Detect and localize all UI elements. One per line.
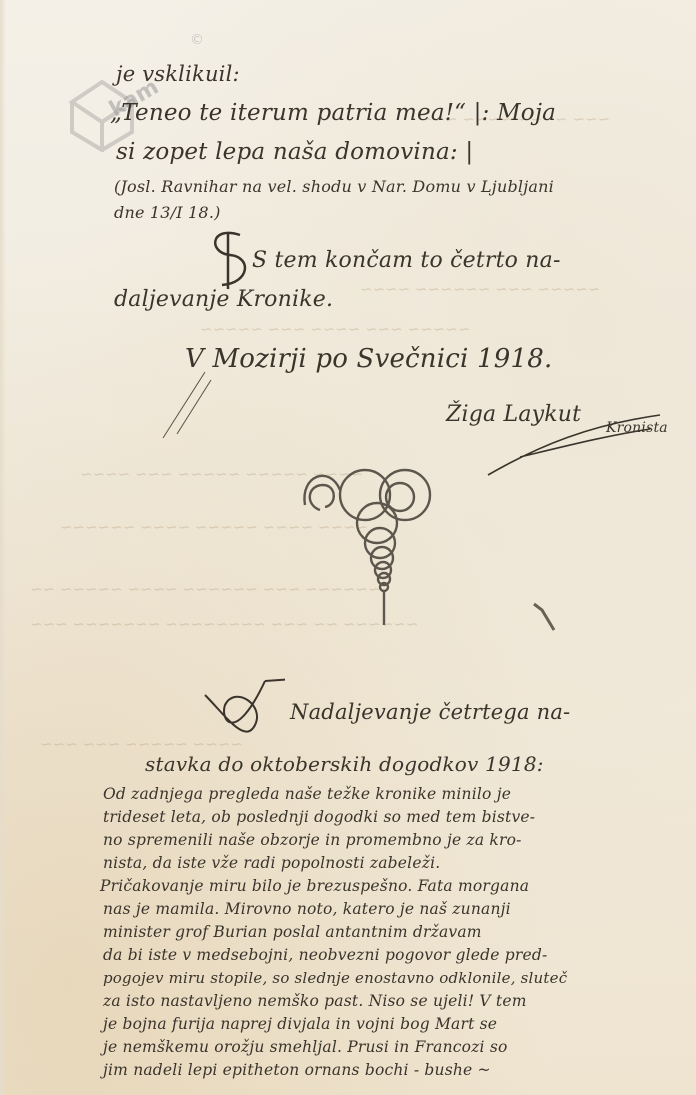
signature-flourish-icon: [480, 405, 680, 485]
body-line: za isto nastavljeno nemško past. Niso se…: [103, 992, 527, 1010]
body-line: no spremenili naše obzorje in promembno …: [103, 831, 522, 849]
pen-strokes-icon: [155, 370, 215, 440]
bleed-through-text: ~~~~~ ~~~ ~~~~~~ ~~~~: [360, 280, 601, 298]
section-heading: Nadaljevanje četrtega na-: [290, 700, 570, 724]
body-line: nista, da iste vže radi popolnosti zabel…: [103, 854, 440, 872]
text-line: S tem končam to četrto na-: [252, 248, 561, 273]
initial-n-flourish-icon: [195, 675, 285, 755]
body-line: je bojna furija naprej divjala in vojni …: [103, 1015, 497, 1033]
body-line: trideset leta, ob poslednji dogodki so m…: [103, 808, 535, 826]
citation-line: (Josl. Ravnihar na vel. shodu v Nar. Dom…: [114, 177, 554, 196]
citation-date: dne 13/I 18.): [114, 203, 221, 222]
watermark-copyright: ©: [190, 32, 204, 48]
initial-s-flourish-icon: [200, 225, 260, 295]
quote-line: „Teneo te iterum patria mea!“ |: Moja: [110, 100, 556, 126]
text-line: daljevanje Kronike.: [114, 287, 333, 312]
body-line: jim nadeli lepi epitheton ornans bochi -…: [103, 1061, 491, 1079]
margin-mark-icon: [528, 600, 568, 640]
ornamental-flourish-icon: [285, 455, 460, 630]
quote-line: si zopet lepa naša domovina: |: [116, 139, 473, 165]
place-date-line: V Mozirji po Svečnici 1918.: [185, 344, 552, 374]
section-heading: stavka do oktoberskih dogodkov 1918:: [145, 752, 544, 776]
text-line: je vsklikuil:: [116, 62, 240, 86]
bleed-through-text: ~~~~~ ~~~ ~~~~ ~~~ ~~~~~: [200, 320, 470, 338]
body-line: minister grof Burian poslal antantnim dr…: [103, 923, 482, 941]
body-line: Od zadnjega pregleda naše težke kronike …: [103, 785, 511, 803]
body-line: pogojev miru stopile, so slednje enostav…: [103, 969, 567, 987]
body-line: je nemškemu orožju smehljal. Prusi in Fr…: [103, 1038, 508, 1056]
manuscript-page: ~~~ ~~~~ ~~~~ ~~~ ~~~~~ ~~~ ~~~~~~ ~~~~ …: [0, 0, 696, 1095]
body-line: Pričakovanje miru bilo je brezuspešno. F…: [100, 877, 529, 895]
body-line: nas je mamila. Mirovno noto, katero je n…: [103, 900, 511, 918]
page-edge: [0, 0, 6, 1095]
body-line: da bi iste v medsebojni, neobvezni pogov…: [103, 946, 547, 964]
